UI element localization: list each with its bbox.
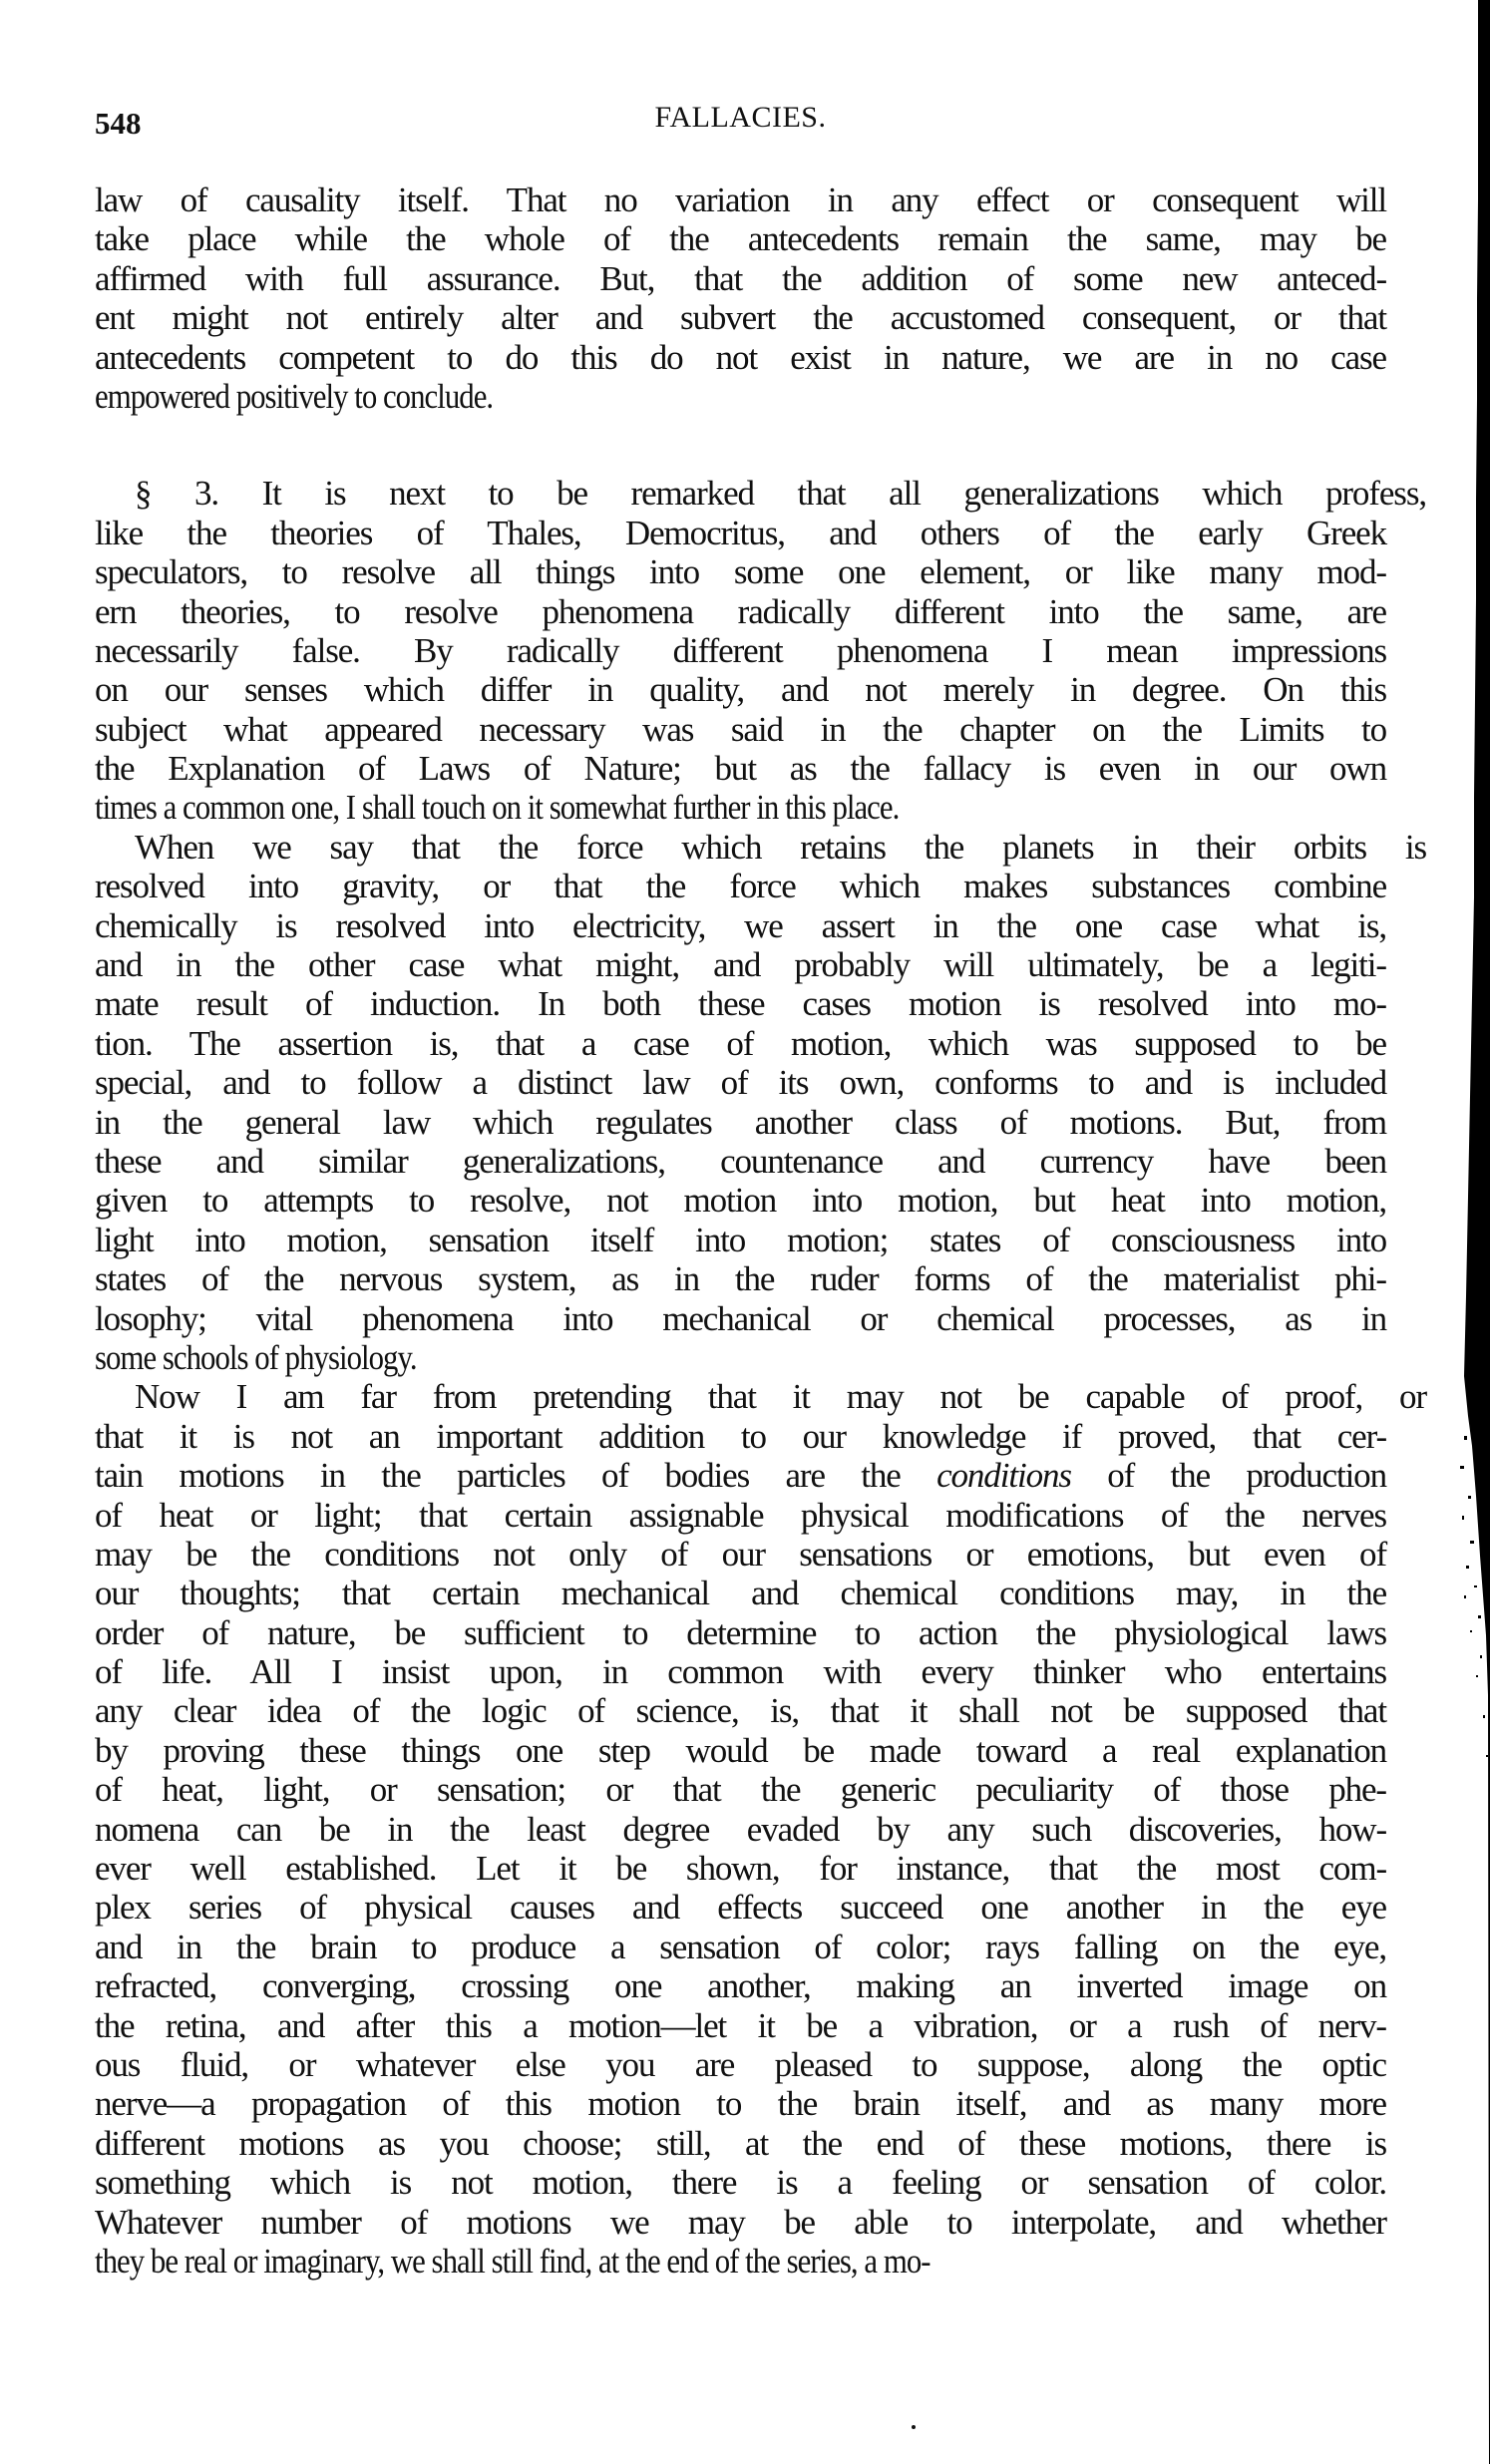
text-line: states of the nervous system, as in the … [95, 1259, 1386, 1298]
text-line: Now I am far from pretending that it may… [95, 1377, 1426, 1416]
text-line: tion. The assertion is, that a case of m… [95, 1024, 1386, 1063]
text-line: the Explanation of Laws of Nature; but a… [95, 749, 1386, 788]
ink-speck [912, 2425, 916, 2429]
text-line: nerve—a propagation of this motion to th… [95, 2084, 1386, 2123]
running-head: 548 FALLACIES. [95, 104, 1386, 144]
body-text: law of causality itself. That no variati… [95, 180, 1386, 2281]
text-line: may be the conditions not only of our se… [95, 1535, 1386, 1574]
text-line: ous fluid, or whatever else you are plea… [95, 2045, 1386, 2084]
text-line: empowered positively to conclude. [95, 377, 1386, 416]
text-line: by proving these things one step would b… [95, 1731, 1386, 1770]
text-line: take place while the whole of the antece… [95, 219, 1386, 258]
text-line: our thoughts; that certain mechanical an… [95, 1574, 1386, 1612]
text-line: speculators, to resolve all things into … [95, 552, 1386, 591]
text-line: given to attempts to resolve, not motion… [95, 1181, 1386, 1220]
text-line: subject what appeared necessary was said… [95, 710, 1386, 749]
emphasis: conditions [936, 1456, 1071, 1495]
text-line: and in the other case what might, and pr… [95, 945, 1386, 984]
text-line: they be real or imaginary, we shall stil… [95, 2242, 1386, 2281]
text-line: some schools of physiology. [95, 1338, 1386, 1377]
text-line: light into motion, sensation itself into… [95, 1221, 1386, 1259]
text-line: antecedents competent to do this do not … [95, 338, 1386, 377]
text-line: these and similar generalizations, count… [95, 1142, 1386, 1181]
text-line: ent might not entirely alter and subvert… [95, 298, 1386, 337]
text-line: resolved into gravity, or that the force… [95, 867, 1386, 905]
text-line: ever well established. Let it be shown, … [95, 1849, 1386, 1888]
text-line: any clear idea of the logic of science, … [95, 1691, 1386, 1730]
text-line: necessarily false. By radically differen… [95, 631, 1386, 670]
text-line: law of causality itself. That no variati… [95, 180, 1386, 219]
scan-edge-shadow [1450, 0, 1490, 2464]
text-line: order of nature, be sufficient to determ… [95, 1613, 1386, 1652]
text-line: on our senses which differ in quality, a… [95, 670, 1386, 709]
text-line: special, and to follow a distinct law of… [95, 1063, 1386, 1102]
text-line: like the theories of Thales, Democritus,… [95, 514, 1386, 552]
text-line: of life. All I insist upon, in common wi… [95, 1652, 1386, 1691]
text-line: different motions as you choose; still, … [95, 2124, 1386, 2163]
text-line: and in the brain to produce a sensation … [95, 1928, 1386, 1966]
text-line: of heat or light; that certain assignabl… [95, 1496, 1386, 1535]
text-line: plex series of physical causes and effec… [95, 1888, 1386, 1927]
text-line: chemically is resolved into electricity,… [95, 906, 1386, 945]
text-line: losophy; vital phenomena into mechanical… [95, 1299, 1386, 1338]
text-line: mate result of induction. In both these … [95, 984, 1386, 1023]
text-line: the retina, and after this a motion—let … [95, 2006, 1386, 2045]
text-line: something which is not motion, there is … [95, 2163, 1386, 2202]
book-page: 548 FALLACIES. law of causality itself. … [0, 0, 1490, 2464]
text-line: of heat, light, or sensation; or that th… [95, 1770, 1386, 1809]
text-line: ern theories, to resolve phenomena radic… [95, 592, 1386, 631]
running-title: FALLACIES. [95, 98, 1386, 138]
text-line: times a common one, I shall touch on it … [95, 788, 1386, 827]
text-line: in the general law which regulates anoth… [95, 1103, 1386, 1142]
text-line: tain motions in the particles of bodies … [95, 1456, 1386, 1495]
paragraph-gap [95, 416, 1386, 474]
text-line: that it is not an important addition to … [95, 1417, 1386, 1456]
text-line: refracted, converging, crossing one anot… [95, 1966, 1386, 2005]
text-line: When we say that the force which retains… [95, 828, 1426, 867]
text-line: nomena can be in the least degree evaded… [95, 1810, 1386, 1849]
text-line: § 3. It is next to be remarked that all … [95, 474, 1426, 513]
text-line: Whatever number of motions we may be abl… [95, 2203, 1386, 2242]
text-line: affirmed with full assurance. But, that … [95, 259, 1386, 298]
